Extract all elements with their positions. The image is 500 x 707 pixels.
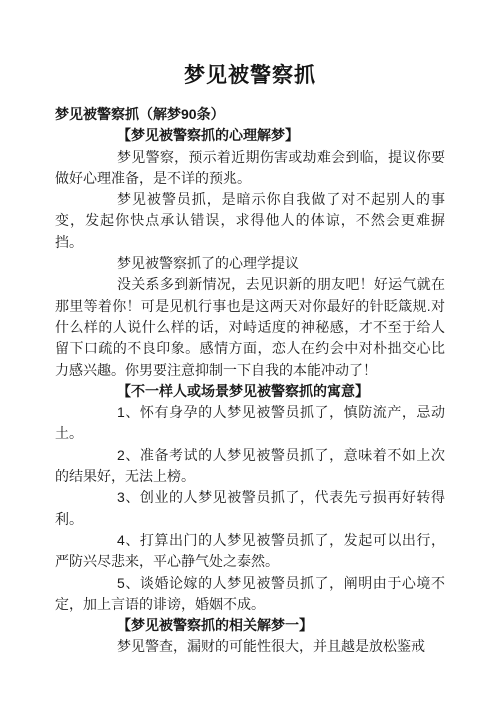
paragraph: 4、打算出门的人梦见被警员抓了，发起可以出行，严防兴尽悲来，平心静气处之泰然。 bbox=[55, 530, 445, 573]
document-page: 梦见被警察抓 梦见被警察抓（解梦90条）【梦见被警察抓的心理解梦】梦见警察，预示… bbox=[0, 0, 500, 707]
paragraph: 梦见被警员抓，是暗示你自我做了对不起别人的事变，发起你快点承认错误，求得他人的体… bbox=[55, 189, 445, 253]
document-body: 梦见被警察抓（解梦90条）【梦见被警察抓的心理解梦】梦见警察，预示着近期伤害或劫… bbox=[55, 104, 445, 658]
paragraph: 梦见警察，预示着近期伤害或劫难会到临，提议你要做好心理准备，是不详的预兆。 bbox=[55, 147, 445, 190]
paragraph: 梦见被警察抓了的心理学提议 bbox=[55, 253, 445, 274]
paragraph: 3、创业的人梦见被警员抓了，代表先亏损再好转得利。 bbox=[55, 487, 445, 530]
paragraph: 梦见警查，漏财的可能性很大，并且越是放松鉴戒 bbox=[55, 636, 445, 657]
section-heading: 【梦见被警察抓的相关解梦一】 bbox=[55, 615, 445, 636]
paragraph: 2、准备考试的人梦见被警员抓了，意味着不如上次的结果好，无法上榜。 bbox=[55, 445, 445, 488]
paragraph: 5、谈婚论嫁的人梦见被警员抓了，阐明由于心境不定，加上言语的诽谤，婚姻不成。 bbox=[55, 573, 445, 616]
section-heading: 【梦见被警察抓的心理解梦】 bbox=[55, 125, 445, 146]
document-subtitle: 梦见被警察抓（解梦90条） bbox=[55, 104, 445, 125]
section-heading: 【不一样人或场景梦见被警察抓的寓意】 bbox=[55, 381, 445, 402]
paragraph: 没关系多到新情况，去见识新的朋友吧！好运气就在那里等着你！可是见机行事也是这两天… bbox=[55, 274, 445, 380]
document-title: 梦见被警察抓 bbox=[0, 63, 500, 89]
paragraph: 1、怀有身孕的人梦见被警员抓了，慎防流产，忌动土。 bbox=[55, 402, 445, 445]
